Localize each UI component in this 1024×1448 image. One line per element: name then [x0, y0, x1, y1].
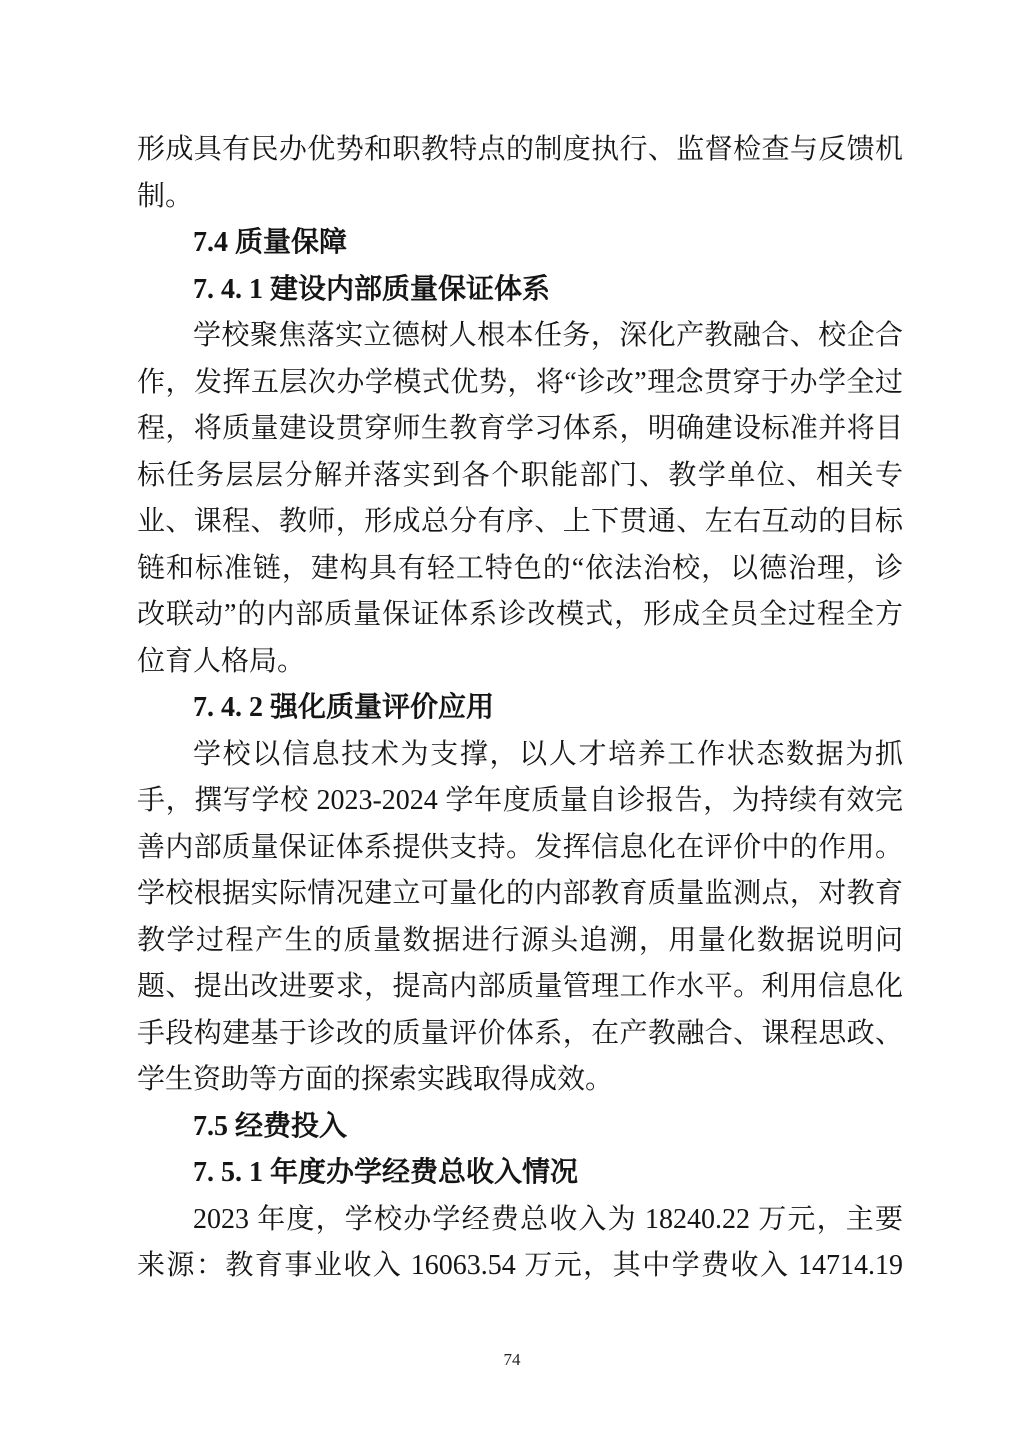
section-heading-7-5: 7.5 经费投入	[137, 1104, 903, 1151]
subsection-heading-7-5-1: 7. 5. 1 年度办学经费总收入情况	[137, 1150, 903, 1197]
document-body: 形成具有民办优势和职教特点的制度执行、监督检查与反馈机制。 7.4 质量保障 7…	[137, 127, 903, 1290]
paragraph-7-5-1: 2023 年度，学校办学经费总收入为 18240.22 万元，主要来源：教育事业…	[137, 1197, 903, 1290]
subsection-heading-7-4-2: 7. 4. 2 强化质量评价应用	[137, 685, 903, 732]
subsection-heading-7-4-1: 7. 4. 1 建设内部质量保证体系	[137, 267, 903, 314]
paragraph-continuation: 形成具有民办优势和职教特点的制度执行、监督检查与反馈机制。	[137, 127, 903, 220]
paragraph-7-4-2: 学校以信息技术为支撑，以人才培养工作状态数据为抓手，撰写学校 2023-2024…	[137, 732, 903, 1104]
paragraph-7-4-1: 学校聚焦落实立德树人根本任务，深化产教融合、校企合作，发挥五层次办学模式优势，将…	[137, 313, 903, 685]
section-heading-7-4: 7.4 质量保障	[137, 220, 903, 267]
document-page: 形成具有民办优势和职教特点的制度执行、监督检查与反馈机制。 7.4 质量保障 7…	[0, 0, 1024, 1448]
page-number: 74	[0, 1350, 1024, 1370]
